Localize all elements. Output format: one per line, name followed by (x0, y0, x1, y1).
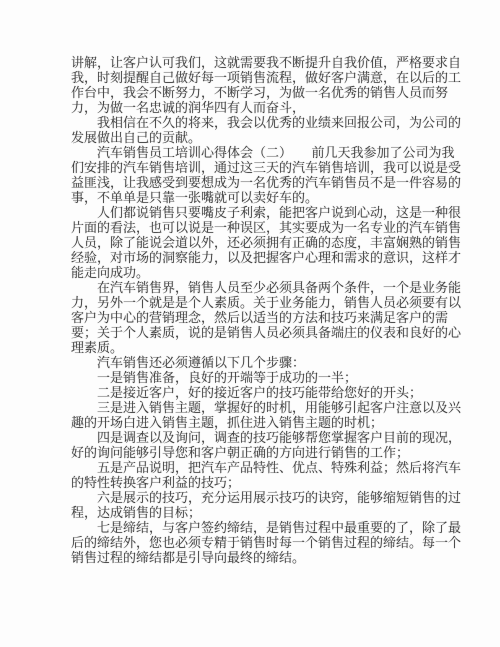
text-line: 理素质。 (71, 341, 462, 356)
text-line: 趣的开场白进入销售主题，抓住进入销售主题的时机； (71, 416, 462, 431)
text-line: 能走向成功。 (71, 266, 462, 281)
text-line: 作台中，我会不断努力，不断学习，为做一名优秀的销售人员而努 (71, 86, 462, 101)
text-line: 销售过程的缔结都是引导向最终的缔结。 (71, 551, 462, 566)
text-line: 七是缔结，与客户签约缔结，是销售过程中最重要的了，除了最 (71, 521, 462, 536)
text-line: 五是产品说明，把汽车产品特性、优点、特殊利益；然后将汽车 (71, 461, 462, 476)
text-line: 经验，对市场的洞察能力，以及把握客户心理和需求的意识，这样才 (71, 251, 462, 266)
document-text-block: 讲解，让客户认可我们，这就需要我不断提升自我价值，严格要求自我，时刻提醒自己做好… (71, 56, 462, 566)
text-line: 在汽车销售界，销售人员至少必须具备两个条件，一个是业务能 (71, 281, 462, 296)
text-line: 要；关于个人素质，说的是销售人员必须具备端庄的仪表和良好的心 (71, 326, 462, 341)
text-line: 发展做出自己的贡献。 (71, 131, 462, 146)
text-line: 好的询问能够引导您和客户朝正确的方向进行销售的工作； (71, 446, 462, 461)
text-line: 四是调查以及询问，调查的技巧能够帮您掌握客户目前的现况， (71, 431, 462, 446)
text-line: 力，另外一个就是是个人素质。关于业务能力，销售人员必须要有以 (71, 296, 462, 311)
text-line: 六是展示的技巧，充分运用展示技巧的诀窍，能够缩短销售的过 (71, 491, 462, 506)
text-line: 后的缔结外，您也必须专精于销售时每一个销售过程的缔结。每一个 (71, 536, 462, 551)
text-line: 一是销售准备，良好的开端等于成功的一半； (71, 371, 462, 386)
text-line: 讲解，让客户认可我们，这就需要我不断提升自我价值，严格要求自 (71, 56, 462, 71)
text-line: 我，时刻提醒自己做好每一项销售流程，做好客户满意，在以后的工 (71, 71, 462, 86)
text-line: 我相信在不久的将来，我会以优秀的业绩来回报公司，为公司的 (71, 116, 462, 131)
text-line: 益匪浅，让我感受到要想成为一名优秀的汽车销售员不是一件容易的 (71, 176, 462, 191)
document-page: 讲解，让客户认可我们，这就需要我不断提升自我价值，严格要求自我，时刻提醒自己做好… (0, 0, 500, 647)
text-line: 三是进入销售主题，掌握好的时机，用能够引起客户注意以及兴 (71, 401, 462, 416)
text-line: 客户为中心的营销理念，然后以适当的方法和技巧来满足客户的需 (71, 311, 462, 326)
text-line: 事，不单单是只靠一张嘴就可以卖好车的。 (71, 191, 462, 206)
text-line: 汽车销售还必须遵循以下几个步骤： (71, 356, 462, 371)
text-line: 力，为做一名忠诚的润华四有人而奋斗， (71, 101, 462, 116)
text-line: 的特性转换客户利益的技巧； (71, 476, 462, 491)
text-line: 二是接近客户，好的接近客户的技巧能带给您好的开头； (71, 386, 462, 401)
text-line: 程，达成销售的目标； (71, 506, 462, 521)
text-line: 人员，除了能说会道以外，还必须拥有正确的态度，丰富娴熟的销售 (71, 236, 462, 251)
text-line: 人们都说销售只要嘴皮子利索，能把客户说到心动，这是一种很 (71, 206, 462, 221)
text-line: 汽车销售员工培训心得体会（二） 前几天我参加了公司为我 (71, 146, 462, 161)
text-line: 们安排的汽车销售培训，通过这三天的汽车销售培训，我可以说是受 (71, 161, 462, 176)
text-line: 片面的看法，也可以说是一种误区，其实要成为一名专业的汽车销售 (71, 221, 462, 236)
